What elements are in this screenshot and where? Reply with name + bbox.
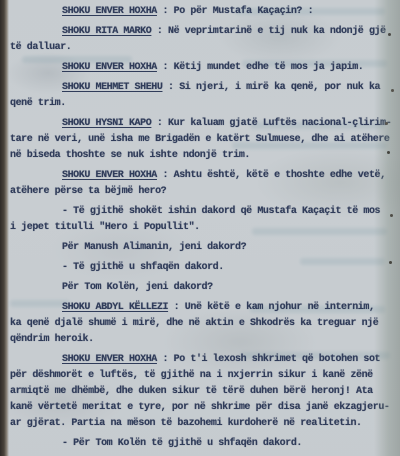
line-text: : Si njeri, i mirë ka qenë, por nuk ka: [162, 82, 380, 93]
transcript-line: armiqtë me dhëmbë, dhe duken sikur të të…: [10, 384, 396, 400]
line-text: - Të gjithë u shfaqën dakord.: [62, 262, 224, 273]
line-text: Për Tom Kolën, jeni dakord?: [62, 282, 213, 293]
line-text: të dalluar.: [10, 42, 71, 53]
transcript-line: për dëshmorët e luftës, të gjithë na i n…: [10, 368, 396, 384]
transcript-line: ar gjërat. Partia na mëson të bazohemi k…: [10, 416, 396, 432]
transcript-line: në biseda thoshte se nuk ishte ndonjë tr…: [10, 148, 396, 164]
line-text: : Kur kaluam gjatë Luftës nacional-çliri…: [151, 118, 391, 129]
line-text: ar gjërat. Partia na mëson të bazohemi k…: [10, 418, 362, 429]
speaker-name: SHOKU HYSNI KAPO: [62, 118, 151, 129]
speaker-name: SHOKU ENVER HOXHA: [62, 62, 157, 73]
transcript-line: - Të gjithë shokët ishin dakord që Musta…: [10, 204, 396, 220]
transcript-line: - Për Tom Kolën të gjithë u shfaqën dako…: [10, 436, 396, 452]
transcript: SHOKU ENVER HOXHA : Po për Mustafa Kaçaç…: [10, 4, 396, 452]
line-text: Për Manush Alimanin, jeni dakord?: [62, 242, 246, 253]
line-text: ka qenë djalë shumë i mirë, dhe në aktin…: [10, 318, 378, 329]
binding-shadow: [0, 0, 9, 456]
transcript-line: Për Manush Alimanin, jeni dakord?: [10, 240, 396, 256]
line-text: : Po për Mustafa Kaçaçin? :: [157, 6, 313, 17]
line-text: qëndrim heroik.: [10, 334, 94, 345]
scanned-page: SHOKU ENVER HOXHA : Po për Mustafa Kaçaç…: [0, 0, 400, 456]
line-text: : Ashtu është, këtë e thoshte edhe vetë,: [157, 170, 386, 181]
line-text: : Unë këtë e kam njohur në internim,: [168, 302, 375, 313]
line-text: qenë trim.: [10, 98, 66, 109]
transcript-line: SHOKU ENVER HOXHA : Po për Mustafa Kaçaç…: [10, 4, 396, 20]
transcript-line: SHOKU ENVER HOXHA : Këtij mundet edhe të…: [10, 60, 396, 76]
transcript-line: SHOKU HYSNI KAPO : Kur kaluam gjatë Luft…: [10, 116, 396, 132]
speaker-name: SHOKU ENVER HOXHA: [62, 6, 157, 17]
speaker-name: SHOKU MEHMET SHEHU: [62, 82, 162, 93]
transcript-line: i jepet titulli "Hero i Popullit".: [10, 220, 396, 236]
transcript-line: - Të gjithë u shfaqën dakord.: [10, 260, 396, 276]
transcript-line: SHOKU RITA MARKO : Në veprimtarinë e tij…: [10, 24, 396, 40]
transcript-line: ka qenë djalë shumë i mirë, dhe në aktin…: [10, 316, 396, 332]
transcript-line: SHOKU ENVER HOXHA : Ashtu është, këtë e …: [10, 168, 396, 184]
transcript-line: SHOKU ABDYL KËLLEZI : Unë këtë e kam njo…: [10, 300, 396, 316]
transcript-line: tare në veri, unë isha me Brigadën e kat…: [10, 132, 396, 148]
speaker-name: SHOKU ENVER HOXHA: [62, 354, 157, 365]
line-text: atëhere përse ta bëjmë hero?: [10, 186, 166, 197]
transcript-line: qëndrim heroik.: [10, 332, 396, 348]
speaker-name: SHOKU ABDYL KËLLEZI: [62, 302, 168, 313]
line-text: - Për Tom Kolën të gjithë u shfaqën dako…: [62, 438, 302, 449]
line-text: : Këtij mundet edhe të mos ja japim.: [157, 62, 364, 73]
transcript-line: Për Tom Kolën, jeni dakord?: [10, 280, 396, 296]
line-text: : Në veprimtarinë e tij nuk ka ndonjë gj…: [151, 26, 385, 37]
line-text: - Të gjithë shokët ishin dakord që Musta…: [62, 206, 380, 217]
line-text: i jepet titulli "Hero i Popullit".: [10, 222, 200, 233]
speaker-name: SHOKU ENVER HOXHA: [62, 170, 157, 181]
transcript-line: qenë trim.: [10, 96, 396, 112]
transcript-line: kanë vërtetë meritat e tyre, por në shkr…: [10, 400, 396, 416]
line-text: kanë vërtetë meritat e tyre, por në shkr…: [10, 402, 390, 413]
transcript-line: SHOKU ENVER HOXHA : Po t'i lexosh shkrim…: [10, 352, 396, 368]
speaker-name: SHOKU RITA MARKO: [62, 26, 151, 37]
line-text: : Po t'i lexosh shkrimet që botohen sot: [157, 354, 380, 365]
line-text: tare në veri, unë isha me Brigadën e kat…: [10, 134, 390, 145]
line-text: për dëshmorët e luftës, të gjithë na i n…: [10, 370, 373, 381]
transcript-line: atëhere përse ta bëjmë hero?: [10, 184, 396, 200]
line-text: në biseda thoshte se nuk ishte ndonjë tr…: [10, 150, 250, 161]
transcript-line: SHOKU MEHMET SHEHU : Si njeri, i mirë ka…: [10, 80, 396, 96]
transcript-line: të dalluar.: [10, 40, 396, 56]
ink-specks: [0, 0, 3, 3]
line-text: armiqtë me dhëmbë, dhe duken sikur të të…: [10, 386, 373, 397]
